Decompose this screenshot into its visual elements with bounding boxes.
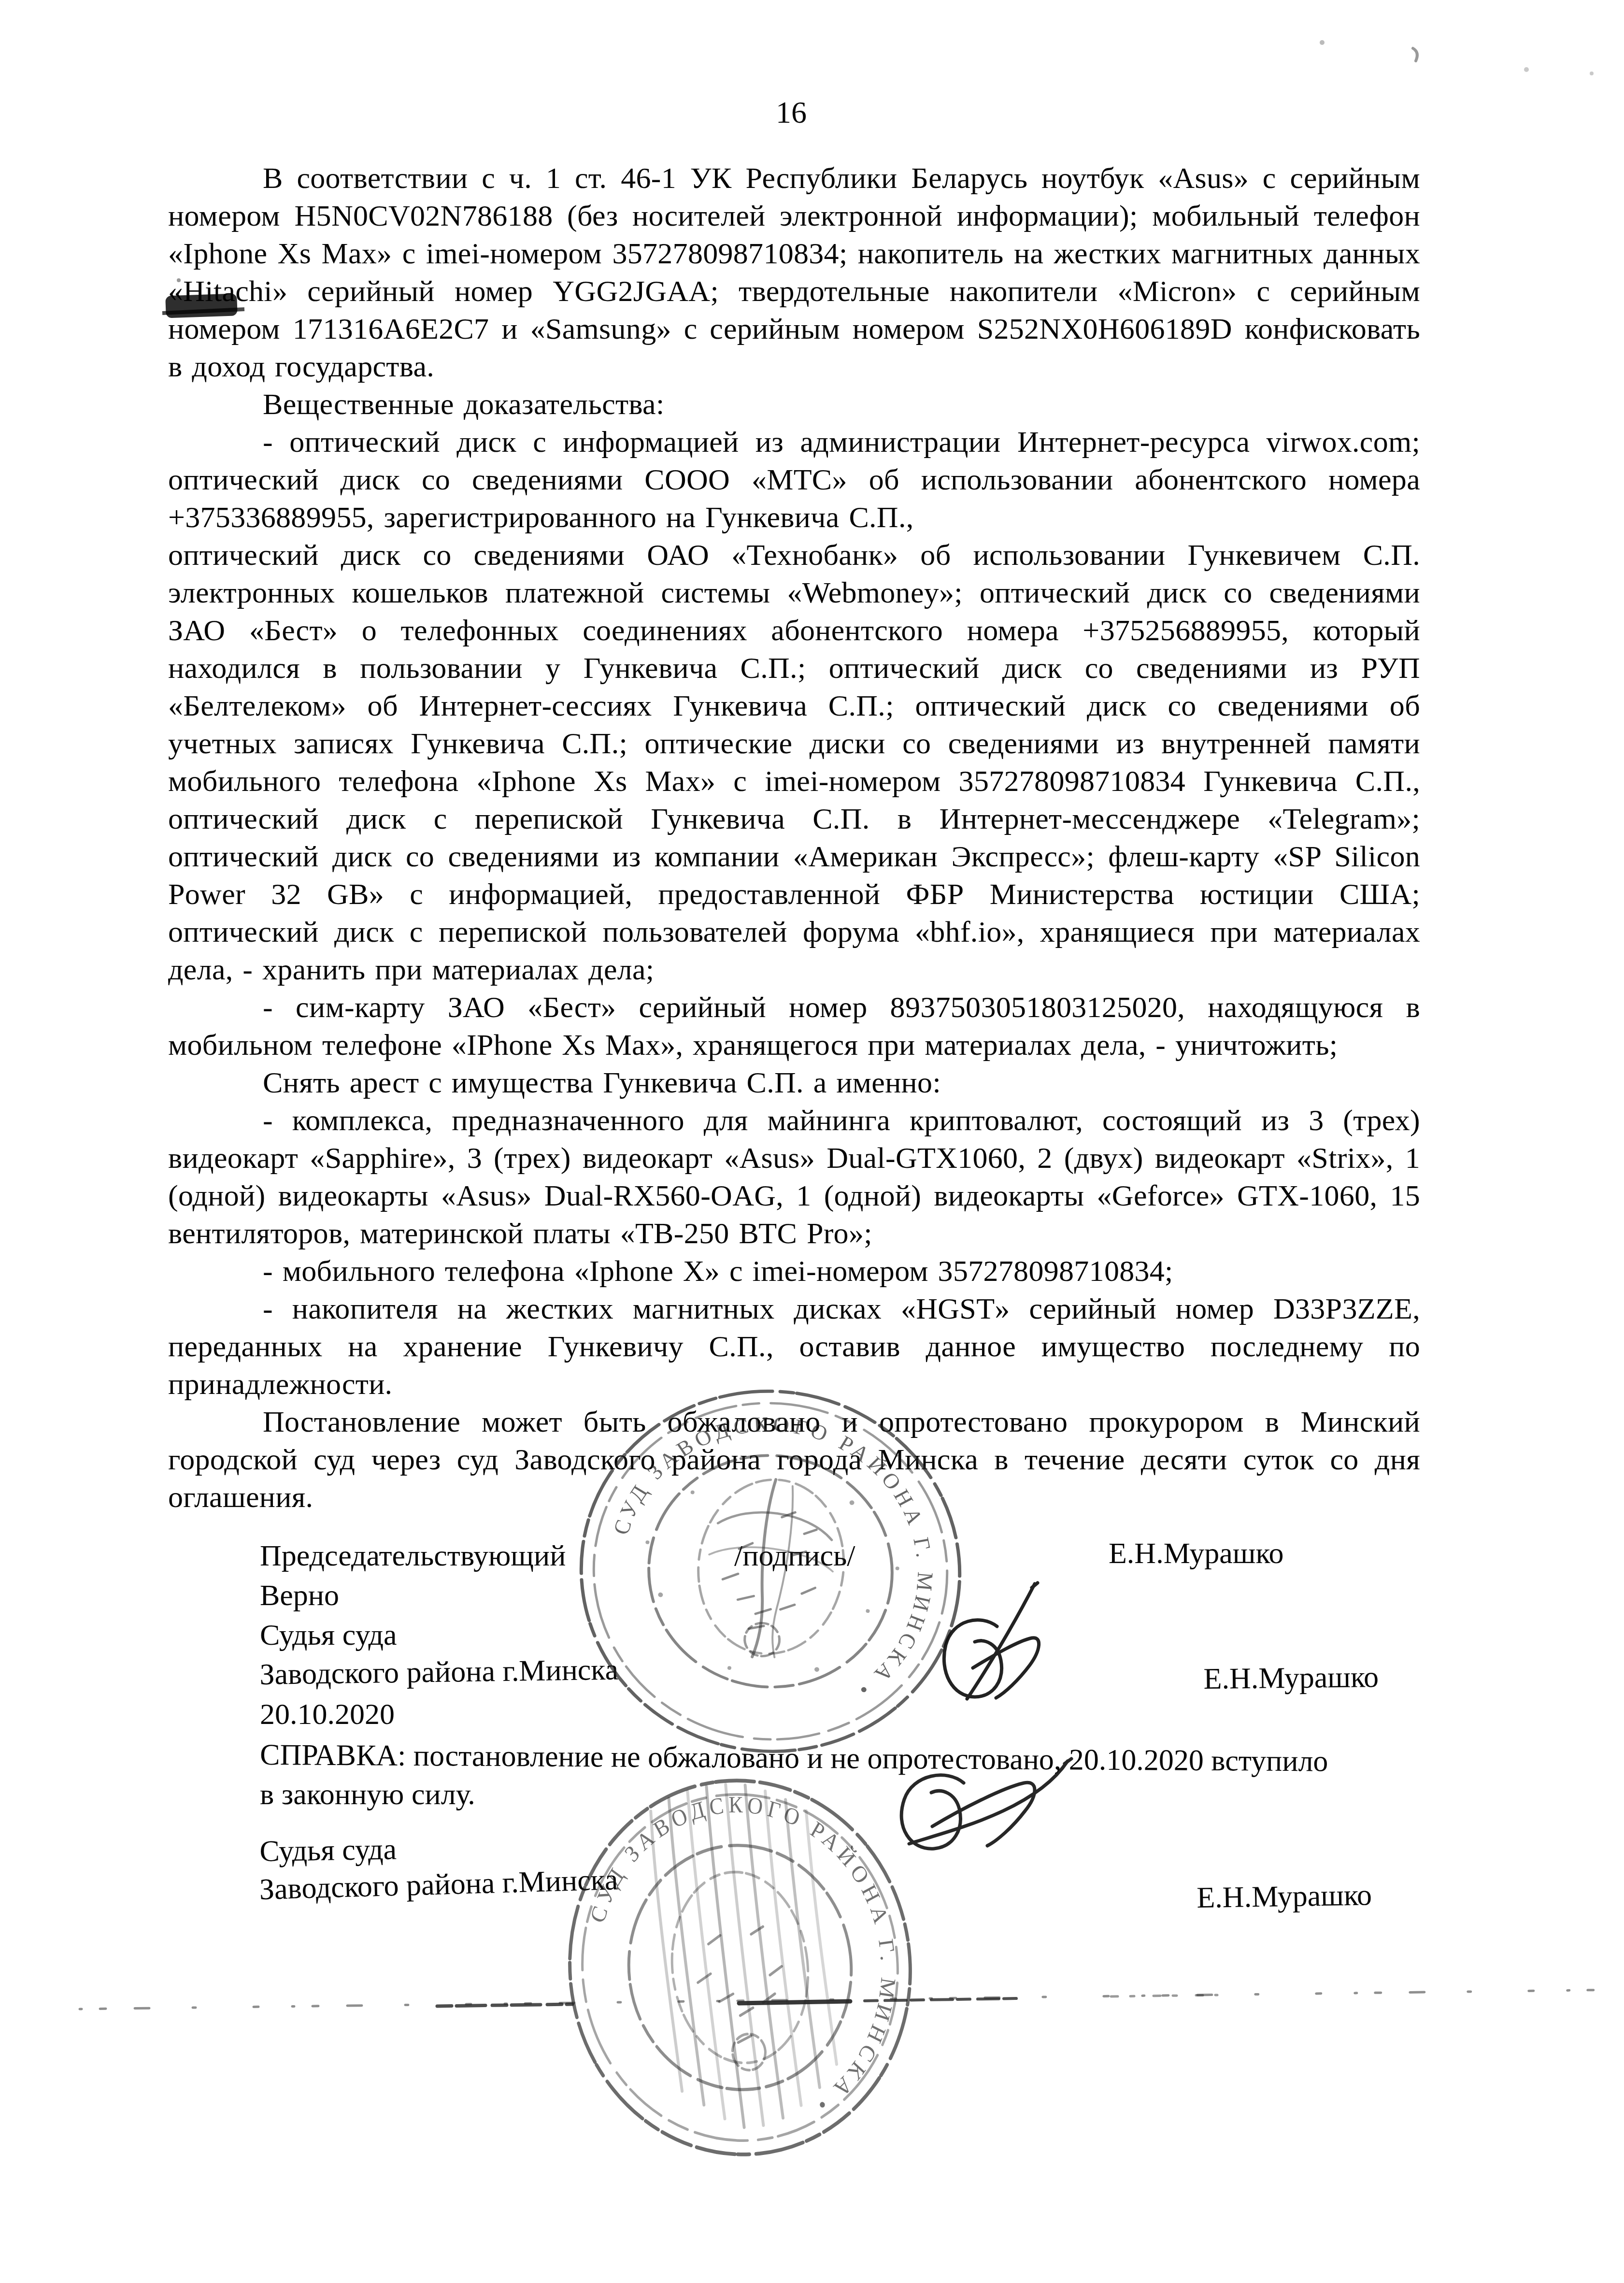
paragraph-mining-complex: - комплекса, предназначенного для майнин… [168, 1102, 1420, 1252]
paragraph-optical-disks-2: оптический диск со сведениями ОАО «Техно… [168, 536, 1420, 989]
presiding-label: Председательствующий [260, 1539, 566, 1573]
paragraph-appeal: Постановление может быть обжаловано и оп… [168, 1403, 1420, 1516]
document-body: В соответствии с ч. 1 ст. 46-1 УК Респуб… [168, 159, 1420, 1516]
judge-name: Е.Н.Мурашко [1203, 1660, 1379, 1696]
paragraph-hgst-drive: - накопителя на жестких магнитных дисках… [168, 1290, 1420, 1403]
page-number: 16 [776, 95, 807, 130]
decision-date: 20.10.2020 [260, 1697, 395, 1732]
paragraph-confiscation: В соответствии с ч. 1 ст. 46-1 УК Респуб… [168, 159, 1420, 386]
scanned-court-document-page: 16 В соответствии с ч. 1 ст. 46-1 УК Рес… [0, 0, 1624, 2283]
judge-label: Судья суда [260, 1618, 397, 1652]
paragraph-iphone-x: - мобильного телефона «Iphone X» с imei-… [168, 1252, 1420, 1290]
bottom-judge-name: Е.Н.Мурашко [1197, 1878, 1372, 1915]
paragraph-sim-card: - сим-карту ЗАО «Бест» серийный номер 89… [168, 989, 1420, 1064]
presiding-name: Е.Н.Мурашко [1109, 1536, 1283, 1571]
bottom-court-name-line: Заводского района г.Минска [259, 1863, 618, 1907]
verno-label: Верно [260, 1579, 339, 1613]
paragraph-release-arrest: Снять арест с имущества Гункевича С.П. а… [168, 1064, 1420, 1102]
signature-placeholder: /подпись/ [734, 1539, 855, 1573]
paragraph-optical-disks-1: - оптический диск с информацией из админ… [168, 423, 1420, 536]
typed-text-layer: 16 В соответствии с ч. 1 ст. 46-1 УК Рес… [0, 0, 1624, 2283]
bottom-judge-label: Судья суда [259, 1833, 397, 1869]
court-name-line: Заводского района г.Минска [259, 1653, 619, 1692]
spravka-line-1: СПРАВКА: постановление не обжаловано и н… [260, 1738, 1328, 1779]
spravka-line-2: в законную силу. [260, 1778, 475, 1812]
paragraph-evidence-heading: Вещественные доказательства: [168, 386, 1420, 423]
